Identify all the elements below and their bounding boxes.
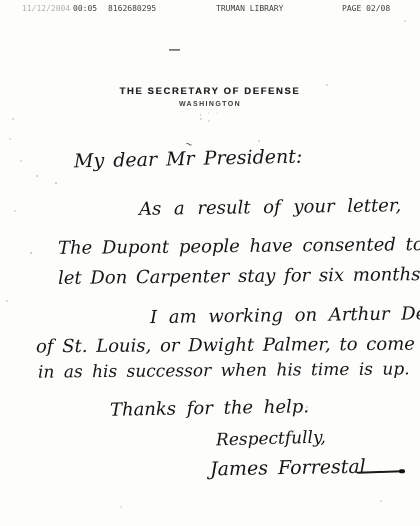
stray-pen-mark: — <box>169 48 185 52</box>
fax-header: 11/12/2004 00:05 8162680295 TRUMAN LIBRA… <box>0 4 420 18</box>
letterhead: THE SECRETARY OF DEFENSE WASHINGTON , · … <box>0 86 420 117</box>
handwritten-line: I am working on Arthur Deef. <box>150 303 420 328</box>
letterhead-noise: , · · <box>0 110 420 117</box>
scan-noise <box>0 0 2 2</box>
closing: Respectfully, <box>216 428 326 451</box>
fax-date: 11/12/2004 <box>22 4 70 13</box>
handwritten-line: As a result of your letter, <box>139 195 402 220</box>
fax-sender-name: TRUMAN LIBRARY <box>216 4 283 13</box>
handwritten-line: Thanks for the help. <box>110 396 309 420</box>
scanned-letter-page: 11/12/2004 00:05 8162680295 TRUMAN LIBRA… <box>0 0 420 526</box>
handwritten-line: let Don Carpenter stay for six months. <box>58 264 420 289</box>
fax-number: 8162680295 <box>108 4 156 13</box>
handwritten-line: of St. Louis, or Dwight Palmer, to come <box>36 334 415 358</box>
signature-flourish <box>357 470 403 474</box>
fax-page-count: PAGE 02/08 <box>342 4 390 13</box>
handwritten-line: in as his successor when his time is up. <box>38 359 410 382</box>
fax-time: 00:05 <box>73 4 97 13</box>
letterhead-title: THE SECRETARY OF DEFENSE <box>0 86 420 97</box>
letterhead-subtitle: WASHINGTON <box>0 101 420 108</box>
signature: James Forrestal <box>210 456 366 481</box>
handwritten-line: The Dupont people have consented to <box>58 234 420 259</box>
